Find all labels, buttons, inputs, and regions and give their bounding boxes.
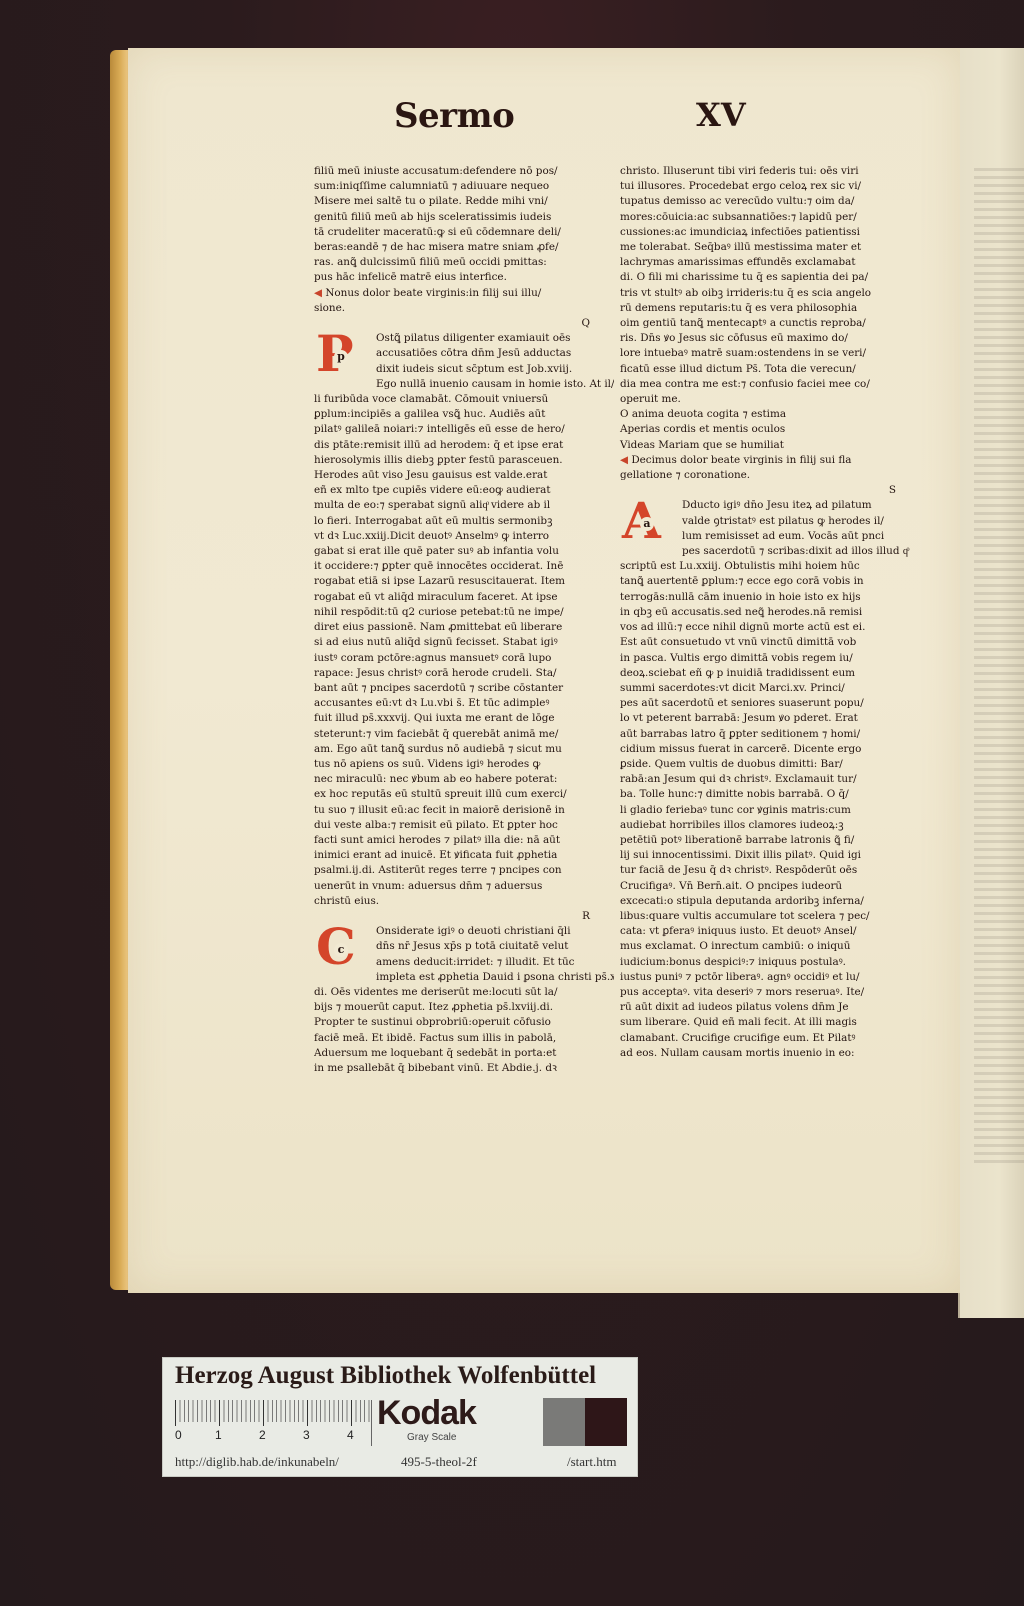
rubric-heading: ◀ Nonus dolor beate virginis:in filij su… [314,286,614,316]
text-line: Est aūt consuetudo vt vnū vinctū dimittā… [620,635,920,650]
text-line: facti sunt amici herodes ⁊ pilatꝰ illa d… [314,833,614,848]
left-column: filiū meū iniuste accusatum:defendere nō… [314,164,614,1076]
text-line: oim gentiū tanꝗ̃ mentecaptꝰ a cunctis re… [620,316,920,331]
ruler-major-tick [351,1400,352,1426]
text-line: tui illusores. Procedebat ergo celoꝝ rex… [620,179,920,194]
text-line: cidium missus fuerat in carcerē. Dicente… [620,742,920,757]
text-line: eñ ex mlto tpe cupiēs videre eū:eoꝙ audi… [314,483,614,498]
text-line: Aduersum me loquebant q̄ sedebāt in port… [314,1046,614,1061]
text-line: libus:quare vultis accumulare tot sceler… [620,909,920,924]
text-line: petētiū potꝰ liberationē barrabe latroni… [620,833,920,848]
text-line: ꝑside. Quem vultis de duobus dimitti: Ba… [620,757,920,772]
text-line: sum liberare. Quid eñ mali fecit. At ill… [620,1015,920,1030]
text-line: Propter te sustinui obprobriū:operuit cō… [314,1015,614,1030]
text-line: bant aūt ⁊ pncipes sacerdotū ⁊ scribe cō… [314,681,614,696]
paragraph-with-initial: P p Ostꝗ̃ pilatus diligenter examiauit o… [314,331,614,909]
text-line: pilatꝰ galileā noiari:⁊ intelligēs eū es… [314,422,614,437]
text-line: iudicium:bonus despiciꝰ:⁊ iniquus postul… [620,955,920,970]
color-calibration-card: Herzog August Bibliothek Wolfenbüttel 0 … [162,1357,638,1477]
gray-scale-label: Gray Scale [407,1432,456,1443]
text-line: di. O fili mi charissime tu q̄ es sapien… [620,270,920,285]
ruler-major-tick [219,1400,220,1426]
gray-patch-mid [543,1398,585,1446]
gray-patch-dark [585,1398,627,1446]
text-line: christū eius. [314,894,614,909]
rubric-line: gellatione ⁊ coronatione. [620,468,920,483]
document-page: Sermo XV filiū meū iniuste accusatum:def… [128,48,960,1293]
text-line: ꝑplum:incipiēs a galilea vsꝗ̃ huc. Audiē… [314,407,614,422]
rubric-text: Decimus dolor beate virginis in filij su… [631,454,851,466]
verse-block: O anima deuota cogita ⁊ estima Aperias c… [620,407,920,453]
text-line: dixit iudeis sicut sc̄ptum est Job.xviij… [376,362,614,377]
library-name: Herzog August Bibliothek Wolfenbüttel [175,1362,596,1390]
text-line: lum remisisset ad eum. Vocās aūt pnci [682,529,920,544]
text-line: steterunt:⁊ vim faciebāt q̄ querebāt ani… [314,727,614,742]
text-line: rogabat eū vt aliq̄d miraculum faceret. … [314,590,614,605]
text-line: amens deducit:irridet: ⁊ illudit. Et tūc [376,955,614,970]
text-line: nihil respōdit:tū q2 curiose petebat:tū … [314,605,614,620]
text-line: accusatiōes cōtra dn̄m Jesū adductas [376,346,614,361]
text-line: clamabant. Crucifige crucifige eum. Et P… [620,1031,920,1046]
rubric-heading: ◀ Decimus dolor beate virginis in filij … [620,453,920,483]
verse-line: Aperias cordis et mentis oculos [620,422,920,437]
text-line: lo fieri. Interrogabat aūt eū multis ser… [314,514,614,529]
text-line: aūt barrabas latro q̄ ꝑpter seditionem ⁊… [620,727,920,742]
red-initial: P p [314,332,372,378]
text-line: fuit illud ps̄.xxxvij. Qui iuxta me eran… [314,711,614,726]
rubric-line: ◀ Decimus dolor beate virginis in filij … [620,453,920,468]
text-line: pus acceptaꝰ. vita deseriꝰ ⁊ mors reseru… [620,985,920,1000]
signature-mark: S [620,483,920,498]
red-initial: C c [314,925,372,971]
text-line: audiebat horribiles illos clamores iudeo… [620,818,920,833]
text-line: tanꝗ̃ auertentē ꝑplum:⁊ ecce ego corā vo… [620,574,920,589]
text-line: deoꝝ.sciebat eñ ꝙ p inuidiā tradidissent… [620,666,920,681]
text-line: terrogās:nullā cām inuenio in hoie isto … [620,590,920,605]
text-line: nec miraculū: nec ꝟbum ab eo habere pote… [314,772,614,787]
red-initial: A a [620,499,678,545]
text-line: mores:cōuicia:ac subsannatiōes:⁊ lapidū … [620,210,920,225]
ruler-major-tick [263,1400,264,1426]
rubric-text: Nonus dolor beate virginis:in filij sui … [325,287,541,299]
text-line: vos ad illū:⁊ ecce nihil dignū morte act… [620,620,920,635]
text-line: in me psallebāt q̄ bibebant vinū. Et Abd… [314,1061,614,1076]
text-line: psalmi.ij.di. Astiterūt reges terre ⁊ pn… [314,863,614,878]
text-line: iustꝰ coram pctōre:agnus mansuetꝰ corā l… [314,651,614,666]
text-line: Crucifigaꝰ. Vn̄ Bern̄.ait. O pncipes iud… [620,879,920,894]
running-head: Sermo XV [128,96,960,146]
text-line: lachrymas amarissimas effundēs exclamaba… [620,255,920,270]
repository-url: http://diglib.hab.de/inkunabeln/ [175,1454,339,1470]
text-line: scriptū est Lu.xxiij. Obtulistis mihi ho… [620,559,920,574]
running-head-right: XV [696,96,746,134]
rubric-line: sione. [314,301,614,316]
running-head-left: Sermo [394,96,514,136]
text-line: multa de eo:⁊ sperabat signū aliqͦ vider… [314,498,614,513]
kodak-logo: Kodak [377,1394,476,1433]
text-line: impleta est ꝓphetia Dauid i ꝑsona christ… [376,970,614,985]
text-line: in qbꝫ eū accusatis.sed neꝗ̃ herodes.nā … [620,605,920,620]
text-line: accusantes eū:vt dꝛ Lu.vbi s̄. Et tūc ad… [314,696,614,711]
text-line: sum:iniqſſime calumniatū ⁊ adiuuare nequ… [314,179,614,194]
text-line: li gladio feriebaꝰ tunc cor ꝟginis matri… [620,803,920,818]
text-line: mus exclamat. O inrectum cambiū: o iniqu… [620,939,920,954]
text-line: excecati:o stipula deputanda ardoribꝫ in… [620,894,920,909]
text-line: dn̄s nr̄ Jesus xp̄s p totā ciuitatē velu… [376,939,614,954]
paragraph-mark-icon: ◀ [620,454,628,466]
text-line: lo vt peterent barrabā: Jesum ꝟo pderet.… [620,711,920,726]
text-line: dis ptāte:remisit illū ad herodem: q̄ et… [314,438,614,453]
text-line: ad eos. Nullam causam mortis inuenio in … [620,1046,920,1061]
text-line: am. Ego aūt tanꝗ̃ surdus nō audiebā ⁊ si… [314,742,614,757]
text-line: in pasca. Vultis ergo dimittā vobis rege… [620,651,920,666]
paragraph-with-initial: C c Onsiderate igiꝰ o deuoti christiani … [314,924,614,1076]
text-line: rabā:an Jesum qui dꝛ christꝰ. Exclamauit… [620,772,920,787]
text-line: ba. Tolle hunc:⁊ dimitte nobis barrabā. … [620,787,920,802]
text-line: it occidere:⁊ ꝑpter quē innocētes occide… [314,559,614,574]
text-line: faciē meā. Et ibidē. Factus sum illis in… [314,1031,614,1046]
text-line: genitū filiū meū ab hijs sceleratissimis… [314,210,614,225]
text-line: rogabat etiā si ipse Lazarū resuscitauer… [314,574,614,589]
text-line: hierosolymis illis diebꝫ ꝑpter festū par… [314,453,614,468]
text-line: gabat si erat ille quē pater suꝰ ab infa… [314,544,614,559]
text-line: Ostꝗ̃ pilatus diligenter examiauit oēs [376,331,614,346]
text-line: di. Oēs videntes me deriserūt me:locuti … [314,985,614,1000]
text-line: rū demens reputaris:tu q̄ es vera philos… [620,301,920,316]
text-line: christo. Illuserunt tibi viri federis tu… [620,164,920,179]
text-line: diret eius passionē. Nam ꝓmittebat eū li… [314,620,614,635]
text-line: rū aūt dixit ad iudeos pilatus volens dn… [620,1000,920,1015]
ruler-major-tick [307,1400,308,1426]
text-line: valde ꝯtristatꝰ est pilatus ꝙ herodes il… [682,514,920,529]
text-line: tus nō apiens os suū. Videns igiꝰ herode… [314,757,614,772]
signature-mark: Q [314,316,614,331]
text-line: cata: vt ꝑferaꝰ iniquus iusto. Et deuotꝰ… [620,924,920,939]
text-line: lore intuebaꝰ matrē suam:ostendens in se… [620,346,920,361]
bleed-through-text [974,168,1024,1168]
ruler-scale: 0 1 2 3 4 [175,1400,372,1446]
text-line: Dducto igiꝰ dn̄o Jesu iteꝝ ad pilatum [682,498,920,513]
text-line: inimici erant ad inuicē. Et ꝟificata fui… [314,848,614,863]
text-line: dia mea contra me est:⁊ confusio faciei … [620,377,920,392]
text-line: pes aūt sacerdotū et seniores suaserunt … [620,696,920,711]
text-line: tā crudeliter maceratū:ꝙ si eū cōdemnare… [314,225,614,240]
text-line: lij sui innocentissimi. Dixit illis pila… [620,848,920,863]
adjacent-page [958,48,1024,1318]
text-line: summi sacerdotes:vt dicit Marci.xv. Prin… [620,681,920,696]
paragraph-continuation: filiū meū iniuste accusatum:defendere nō… [314,164,614,286]
text-line: tur faciā de Jesu q̄ dꝛ christꝰ. Respōde… [620,863,920,878]
ruler-label: 4 [347,1428,354,1442]
text-line: si ad eius nutū aliq̄d signū fecisset. S… [314,635,614,650]
text-line: pes sacerdotū ⁊ scribas:dixit ad illos i… [682,544,920,559]
rubric-line: ◀ Nonus dolor beate virginis:in filij su… [314,286,614,301]
paragraph-mark-icon: ◀ [314,287,322,299]
text-line: ex hoc reputās eū stultū spreuit illū cu… [314,787,614,802]
ruler-label: 0 [175,1428,182,1442]
text-line: ficatū esse illud dictum Ps̄. Tota die v… [620,362,920,377]
signature-mark: R [314,909,614,924]
ruler-label: 2 [259,1428,266,1442]
shelfmark: 495-5-theol-2f [401,1454,477,1470]
text-line: operuit me. [620,392,920,407]
text-line: filiū meū iniuste accusatum:defendere nō… [314,164,614,179]
text-line: pus hāc infelicē matrē eius interfice. [314,270,614,285]
text-line: ras. anꝗ̃ dulcissimū filiū meū occidi pm… [314,255,614,270]
text-line: tupatus demisso ac verecūdo vultu:⁊ oim … [620,194,920,209]
text-line: tris vt stultꝰ ab oibꝫ irrideris:tu q̄ e… [620,286,920,301]
url-suffix: /start.htm [567,1454,616,1470]
paragraph-with-initial: A a Dducto igiꝰ dn̄o Jesu iteꝝ ad pilatu… [620,498,920,1061]
text-line: ris. Dn̄s ꝟo Jesus sic cōfusus eū maximo… [620,331,920,346]
text-line: uenerūt in vnum: aduersus dn̄m ⁊ aduersu… [314,879,614,894]
text-line: rapace: Jesus christꝰ corā herode crudel… [314,666,614,681]
right-column: christo. Illuserunt tibi viri federis tu… [620,164,920,1061]
ruler-major-tick [175,1400,176,1426]
ruler-ticks [175,1400,371,1422]
text-line: Herodes aūt viso Jesu gauisus est valde.… [314,468,614,483]
verse-line: O anima deuota cogita ⁊ estima [620,407,920,422]
text-line: iustus puniꝰ ⁊ pctōr liberaꝰ. agnꝰ occid… [620,970,920,985]
text-line: Misere mei saltē tu o pilate. Redde mihi… [314,194,614,209]
paragraph-continuation: christo. Illuserunt tibi viri federis tu… [620,164,920,407]
text-line: Onsiderate igiꝰ o deuoti christiani q̄li [376,924,614,939]
ruler-label: 3 [303,1428,310,1442]
text-line: me tolerabat. Seq̄baꝰ illū mestissima ma… [620,240,920,255]
verse-line: Videas Mariam que se humiliat [620,438,920,453]
text-line: bijs ⁊ mouerūt caput. Itez ꝓphetia ps̄.l… [314,1000,614,1015]
text-line: Ego nullā inuenio causam in homie isto. … [376,377,614,392]
text-line: dui veste alba:⁊ remisit eū pilato. Et ꝑ… [314,818,614,833]
text-line: tu suo ⁊ illusit eū:ac fecit in maiorē d… [314,803,614,818]
ruler-label: 1 [215,1428,222,1442]
text-line: beras:eandē ⁊ de hac misera matre sniam … [314,240,614,255]
text-line: vt dꝛ Luc.xxiij.Dicit deuotꝰ Anselmꝰ ꝙ i… [314,529,614,544]
text-line: li furibūda voce clamabāt. Cōmouit vniue… [314,392,614,407]
text-line: cussiones:ac imundiciaꝝ infectiōes patie… [620,225,920,240]
